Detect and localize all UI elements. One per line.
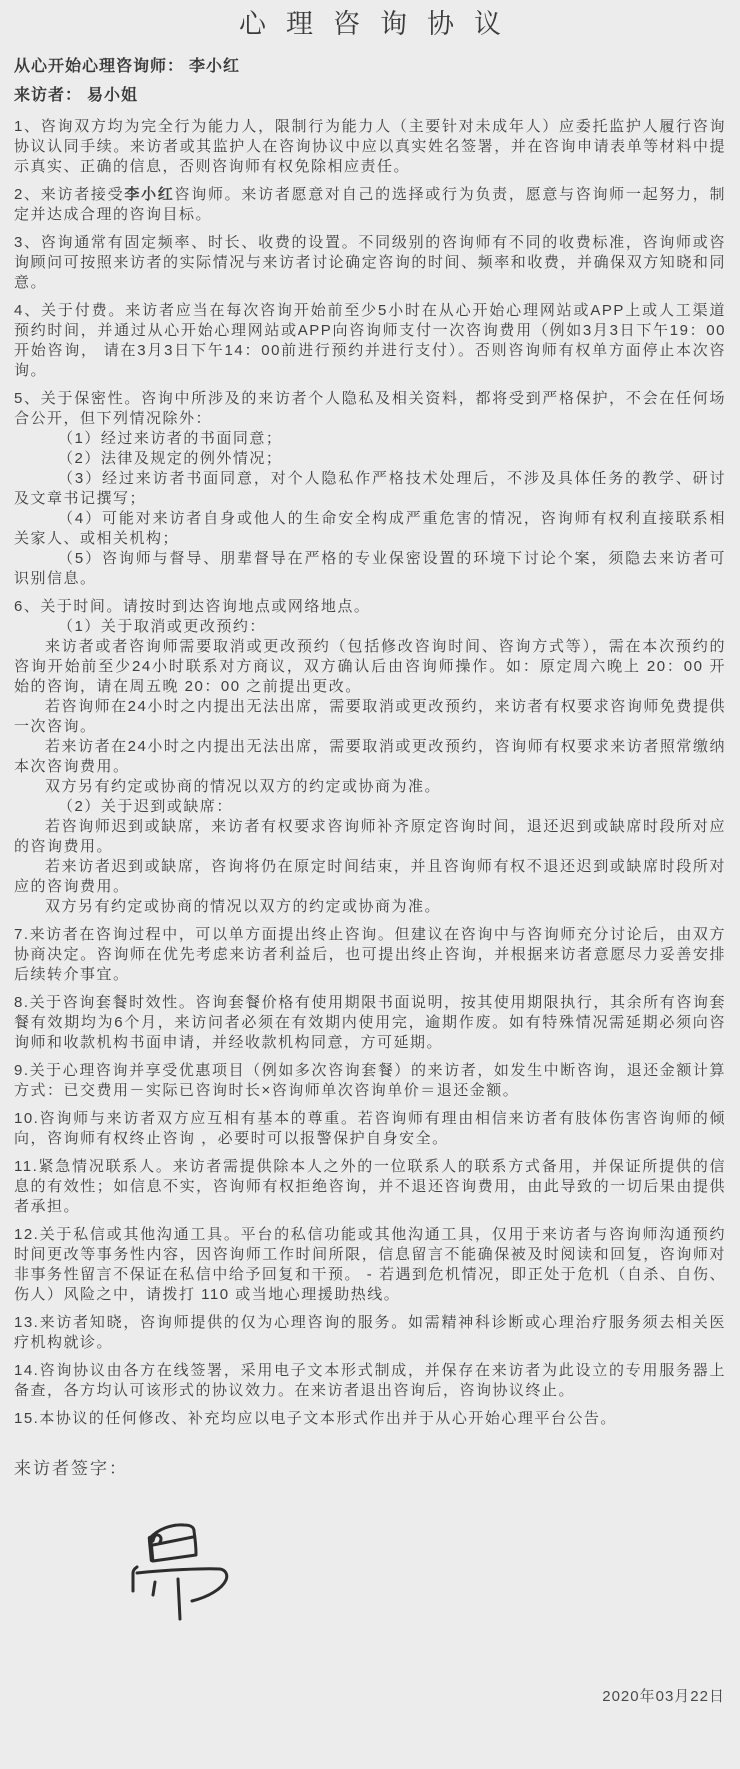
clause-paragraph: （4）可能对来访者自身或他人的生命安全构成严重危害的情况，咨询师有权利直接联系相… [14,509,726,549]
clause-paragraph: 8.关于咨询套餐时效性。咨询套餐价格有使用期限书面说明，按其使用期限执行，其余所… [14,993,726,1053]
signature-area [110,1505,260,1635]
clause-text: 若咨询师在24小时之内提出无法出席，需要取消或更改预约，来访者有权要求咨询师免费… [14,698,726,735]
clause-paragraph: 若咨询师在24小时之内提出无法出席，需要取消或更改预约，来访者有权要求咨询师免费… [14,697,726,737]
clause-text: 3、咨询通常有固定频率、时长、收费的设置。不同级别的咨询师有不同的收费标准，咨询… [14,234,726,291]
clause-paragraph: （3）经过来访者书面同意，对个人隐私作严格技术处理后，不涉及具体任务的教学、研讨… [14,469,726,509]
clause-paragraph: 12.关于私信或其他沟通工具。平台的私信功能或其他沟通工具，仅用于来访者与咨询师… [14,1225,726,1305]
clause-paragraph: 5、关于保密性。咨询中所涉及的来访者个人隐私及相关资料，都将受到严格保护，不会在… [14,389,726,429]
clause-paragraph: 10.咨询师与来访者双方应互相有基本的尊重。若咨询师有理由相信来访者有肢体伤害咨… [14,1109,726,1149]
clause-text: 1、咨询双方均为完全行为能力人，限制行为能力人（主要针对未成年人）应委托监护人履… [14,118,726,175]
visitor-name: 易小姐 [82,87,138,104]
agreement-page: { "page": { "background": "#ececec", "te… [0,0,740,1769]
clause-paragraph: 11.紧急情况联系人。来访者需提供除本人之外的一位联系人的联系方式备用，并保证所… [14,1157,726,1217]
clause-paragraph: 若来访者迟到或缺席，咨询将仍在原定时间结束，并且咨询师有权不退还迟到或缺席时段所… [14,857,726,897]
clause-text: 11.紧急情况联系人。来访者需提供除本人之外的一位联系人的联系方式备用，并保证所… [14,1158,726,1215]
visitor-label: 来访者： [14,87,82,104]
clause-text: 来访者或者咨询师需要取消或更改预约（包括修改咨询时间、咨询方式等），需在本次预约… [14,638,726,695]
clause-paragraph: 6、关于时间。请按时到达咨询地点或网络地点。 [14,597,726,617]
clause-text: （4）可能对来访者自身或他人的生命安全构成严重危害的情况，咨询师有权利直接联系相… [14,510,726,547]
clause-text: 若咨询师迟到或缺席，来访者有权要求咨询师补齐原定咨询时间，退还迟到或缺席时段所对… [14,818,726,855]
clause-text: 7.来访者在咨询过程中，可以单方面提出终止咨询。但建议在咨询中与咨询师充分讨论后… [14,926,726,983]
clause-text: 6、关于时间。请按时到达咨询地点或网络地点。 [14,598,370,615]
clause-paragraph: 9.关于心理咨询并享受优惠项目（例如多次咨询套餐）的来访者，如发生中断咨询，退还… [14,1061,726,1101]
clause-text: 若来访者在24小时之内提出无法出席，需要取消或更改预约，咨询师有权要求来访者照常… [14,738,726,775]
signature-drawing [110,1505,260,1635]
clause-text: 4、关于付费。来访者应当在每次咨询开始前至少5小时在从心开始心理网站或APP上或… [14,302,726,379]
clause-text: （5）咨询师与督导、朋辈督导在严格的专业保密设置的环境下讨论个案，须隐去来访者可… [14,550,726,587]
clause-text: 14.咨询协议由各方在线签署，采用电子文本形式制成，并保存在来访者为此设立的专用… [14,1362,726,1399]
clause-paragraph: （2）关于迟到或缺席： [14,797,726,817]
date-text: 2020年03月22日 [602,1685,725,1706]
clause-paragraph: 4、关于付费。来访者应当在每次咨询开始前至少5小时在从心开始心理网站或APP上或… [14,301,726,381]
clause-text: 5、关于保密性。咨询中所涉及的来访者个人隐私及相关资料，都将受到严格保护，不会在… [14,390,726,427]
clause-paragraph: （1）关于取消或更改预约： [14,617,726,637]
clause-text: 8.关于咨询套餐时效性。咨询套餐价格有使用期限书面说明，按其使用期限执行，其余所… [14,994,726,1051]
clause-paragraph: 若咨询师迟到或缺席，来访者有权要求咨询师补齐原定咨询时间，退还迟到或缺席时段所对… [14,817,726,857]
clause-text: 双方另有约定或协商的情况以双方的约定或协商为准。 [45,898,441,915]
clause-paragraph: 1、咨询双方均为完全行为能力人，限制行为能力人（主要针对未成年人）应委托监护人履… [14,117,726,177]
clause-text: 9.关于心理咨询并享受优惠项目（例如多次咨询套餐）的来访者，如发生中断咨询，退还… [14,1062,726,1099]
visitor-line: 来访者：易小姐 [14,85,726,107]
clause-text: （1）关于取消或更改预约： [58,618,266,635]
clause-text: （1）经过来访者的书面同意； [58,430,282,447]
agreement-body: 1、咨询双方均为完全行为能力人，限制行为能力人（主要针对未成年人）应委托监护人履… [14,117,726,1429]
clause-text: 10.咨询师与来访者双方应互相有基本的尊重。若咨询师有理由相信来访者有肢体伤害咨… [14,1110,726,1147]
clause-paragraph: 双方另有约定或协商的情况以双方的约定或协商为准。 [14,897,726,917]
signature-label: 来访者签字： [14,1454,128,1479]
clause-text: （3）经过来访者书面同意，对个人隐私作严格技术处理后，不涉及具体任务的教学、研讨… [14,470,726,507]
clause-paragraph: 14.咨询协议由各方在线签署，采用电子文本形式制成，并保存在来访者为此设立的专用… [14,1361,726,1401]
clause-paragraph: 2、来访者接受李小红咨询师。来访者愿意对自己的选择或行为负责，愿意与咨询师一起努… [14,185,726,225]
clause-paragraph: （2）法律及规定的例外情况； [14,449,726,469]
clause-paragraph: （1）经过来访者的书面同意； [14,429,726,449]
clause-text: 双方另有约定或协商的情况以双方的约定或协商为准。 [45,778,441,795]
clause-paragraph: 3、咨询通常有固定频率、时长、收费的设置。不同级别的咨询师有不同的收费标准，咨询… [14,233,726,293]
agreement-content: 心理咨询协议 从心开始心理咨询师：李小红 来访者：易小姐 1、咨询双方均为完全行… [0,0,740,1429]
clause-paragraph: 若来访者在24小时之内提出无法出席，需要取消或更改预约，咨询师有权要求来访者照常… [14,737,726,777]
counselor-name: 李小红 [184,58,240,75]
counselor-line: 从心开始心理咨询师：李小红 [14,56,726,78]
clause-paragraph: 7.来访者在咨询过程中，可以单方面提出终止咨询。但建议在咨询中与咨询师充分讨论后… [14,925,726,985]
highlighted-name: 李小红 [124,186,174,203]
clause-paragraph: 13.来访者知晓，咨询师提供的仅为心理咨询的服务。如需精神科诊断或心理治疗服务须… [14,1313,726,1353]
clause-text: 若来访者迟到或缺席，咨询将仍在原定时间结束，并且咨询师有权不退还迟到或缺席时段所… [14,858,726,895]
clause-text: 13.来访者知晓，咨询师提供的仅为心理咨询的服务。如需精神科诊断或心理治疗服务须… [14,1314,726,1351]
clause-text: 2、来访者接受 [14,186,124,203]
counselor-label: 从心开始心理咨询师： [14,58,184,75]
clause-paragraph: （5）咨询师与督导、朋辈督导在严格的专业保密设置的环境下讨论个案，须隐去来访者可… [14,549,726,589]
clause-text: 15.本协议的任何修改、补充均应以电子文本形式作出并于从心开始心理平台公告。 [14,1410,617,1427]
clause-text: 12.关于私信或其他沟通工具。平台的私信功能或其他沟通工具，仅用于来访者与咨询师… [14,1226,726,1303]
clause-paragraph: 双方另有约定或协商的情况以双方的约定或协商为准。 [14,777,726,797]
clause-paragraph: 来访者或者咨询师需要取消或更改预约（包括修改咨询时间、咨询方式等），需在本次预约… [14,637,726,697]
clause-text: （2）法律及规定的例外情况； [58,450,282,467]
clause-paragraph: 15.本协议的任何修改、补充均应以电子文本形式作出并于从心开始心理平台公告。 [14,1409,726,1429]
page-title: 心理咨询协议 [14,10,726,38]
clause-text: （2）关于迟到或缺席： [58,798,233,815]
